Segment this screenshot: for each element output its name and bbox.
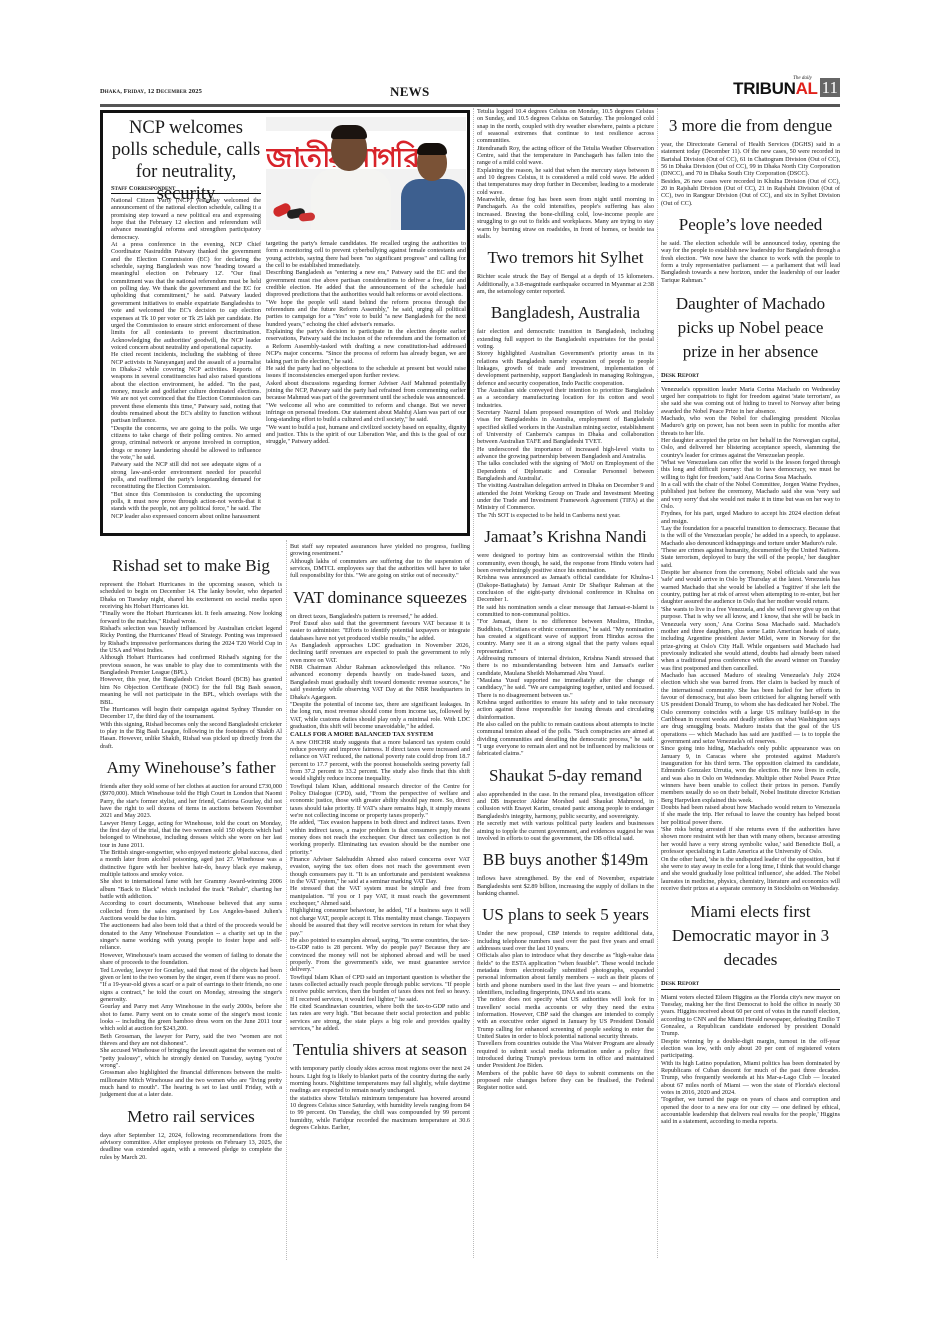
paragraph: Despite her absence from the ceremony, N… <box>661 569 840 606</box>
paragraph: With its high Latino population, Miami p… <box>661 1060 840 1097</box>
paragraph: The talks concluded with the signing of … <box>477 460 654 482</box>
paragraph: Storey highlighted Australian Government… <box>477 350 654 387</box>
paragraph: Prof Eusuf also said that the government… <box>290 620 470 642</box>
newspaper-page: Dhaka, Friday, 12 December 2025 NEWS The… <box>100 0 840 1336</box>
column-3: Tetulia logged 10.4 degrees Celsius on M… <box>477 108 654 1092</box>
paragraph: Towfiqul Islam Khan, additional research… <box>290 783 470 820</box>
article-headline: Shaukat 5-day remand <box>477 766 654 786</box>
masthead-rule <box>100 104 840 107</box>
masthead: Dhaka, Friday, 12 December 2025 NEWS The… <box>100 88 840 102</box>
paragraph: He said his nomination sends a clear mes… <box>477 604 654 619</box>
paragraph: 'What we Venezuelans can offer the world… <box>661 459 840 481</box>
paragraph: with temporary partly cloudy skies acros… <box>290 1065 470 1094</box>
paragraph: Grossman also highlighted the financial … <box>100 1069 282 1098</box>
spacer <box>661 364 840 369</box>
paragraph: Tetulia logged 10.4 degrees Celsius on M… <box>477 108 654 145</box>
paragraph: The notice does not specify what US auth… <box>477 996 654 1040</box>
paragraph: 'These are crimes against humanity, docu… <box>661 547 840 569</box>
paragraph: "Despite the potential of income tax, th… <box>290 701 470 730</box>
paragraph: "Finally wore the Hobart Hurricanes kit.… <box>100 610 282 625</box>
column-4: 3 more die from dengueyear, the Director… <box>661 108 840 1126</box>
paragraph: "Despite the concerns, we are going to t… <box>111 425 261 462</box>
paragraph: 'She wants to live in a free Venezuela, … <box>661 606 840 672</box>
paragraph: Towfiqul Islam Khan of CPD said an impor… <box>290 974 470 1003</box>
paragraph: "For Jamaat, there is no difference betw… <box>477 618 654 655</box>
paragraph: He secretly met with various political p… <box>477 820 654 842</box>
paragraph: Asked about discussions regarding former… <box>266 380 466 402</box>
paragraph: Secretary Nazrul Islam proposed resumpti… <box>477 409 654 446</box>
paragraph: He also pointed to examples abroad, sayi… <box>290 937 470 974</box>
logo-brand-red: AL <box>796 79 818 98</box>
column-1: Rishad set to make Bigrepresent the Hoba… <box>100 548 282 1161</box>
paragraph: The auctioneers had also been told that … <box>100 922 282 951</box>
paragraph: "We welcome all who are committed to ref… <box>266 402 466 424</box>
paragraph: Frydnes, for his part, urged Maduro to a… <box>661 510 840 525</box>
article-headline: Amy Winehouse’s father <box>100 758 282 778</box>
paragraph: 'Lay the foundation for a peaceful trans… <box>661 525 840 547</box>
lead-column-2: targeting the party's female candidates.… <box>266 240 466 446</box>
paragraph: But staff say repeated assurances have y… <box>290 543 470 558</box>
paragraph: on direct taxes, Bangladesh's pattern is… <box>290 613 470 620</box>
spacer <box>290 580 470 588</box>
paragraph: Machado, who won the Nobel for challengi… <box>661 415 840 437</box>
article: 3 more die from dengueyear, the Director… <box>661 108 840 207</box>
article-headline: Bangladesh, Australia <box>477 303 654 323</box>
article-headline: Miami elects first Democratic mayor in 3… <box>661 900 840 972</box>
spacer <box>661 207 840 215</box>
paragraph: days after September 12, 2024, following… <box>100 1132 282 1161</box>
spacer <box>290 1032 470 1040</box>
paragraph: According to court documents, Winehouse … <box>100 900 282 922</box>
paragraph: Ted Loveday, lawyer for Gourlay, said th… <box>100 967 282 982</box>
paragraph: Krishna urged authorities to ensure his … <box>477 699 654 721</box>
paragraph: Explaining the reason, he said that when… <box>477 167 654 196</box>
article: Rishad set to make Bigrepresent the Hoba… <box>100 548 282 750</box>
spacer <box>661 284 840 292</box>
paragraph: She accused Winehouse of bringing the la… <box>100 1047 282 1069</box>
spacer <box>477 897 654 905</box>
paragraph: In a call with the chair of the Nobel Co… <box>661 481 840 510</box>
paragraph: On the other hand, 'she is the undispute… <box>661 856 840 893</box>
logo-tagline: The daily <box>793 76 812 81</box>
article: Bangladesh, Australiafair election and d… <box>477 295 654 519</box>
spacer <box>477 240 654 248</box>
lead-story: NCP welcomes polls schedule, calls for n… <box>100 110 470 536</box>
article: Miami elects first Democratic mayor in 3… <box>661 892 840 1126</box>
spacer <box>100 1099 282 1107</box>
paragraph: Although Hobart Hurricanes had confirmed… <box>100 654 282 676</box>
article-headline: 3 more die from dengue <box>661 116 840 136</box>
spacer <box>100 750 282 758</box>
paragraph: Members of the public have 60 days to su… <box>477 1070 654 1092</box>
paragraph: "Maulana Yusuf supported me immediately … <box>477 677 654 699</box>
byline-rule <box>111 193 261 194</box>
paragraph: Highlighting consumer behaviour, he adde… <box>290 907 470 936</box>
article: BB buys another $149minflows have streng… <box>477 842 654 897</box>
paragraph: The Australian side conveyed their inten… <box>477 387 654 409</box>
spacer <box>661 892 840 900</box>
paragraph: Krishna was announced as Jamaat's offici… <box>477 574 654 603</box>
paragraph: represent the Hobart Hurricanes in the u… <box>100 581 282 610</box>
paragraph: The Hurricanes will begin their campaign… <box>100 706 282 721</box>
paragraph: He cited recent incidents, including the… <box>111 351 261 424</box>
paragraph: Besides, 26 new cases were recorded in K… <box>661 178 840 207</box>
paragraph: At a press conference in the evening, NC… <box>111 241 261 351</box>
paragraph: Rishad's selection was heavily influence… <box>100 625 282 654</box>
article: VAT dominance squeezeson direct taxes, B… <box>290 580 470 1033</box>
paragraph: Miami voters elected Eileen Higgins as t… <box>661 994 840 1038</box>
speaker-figure <box>311 127 391 230</box>
spacer <box>661 108 840 116</box>
paragraph: Beth Grossman, the lawyer for Parry, sai… <box>100 1033 282 1048</box>
article-byline: Desk Report <box>661 372 840 381</box>
microphones-icon <box>271 197 321 230</box>
paragraph: Patwary said the NCP still did not see a… <box>111 461 261 490</box>
paragraph: 'Together, we turned the page on years o… <box>661 1096 840 1125</box>
article-headline: People’s love needed <box>661 215 840 235</box>
paragraph: fair election and democratic transition … <box>477 328 654 350</box>
paragraph: Jitendranath Roy, the acting officer of … <box>477 145 654 167</box>
lead-column-1: National Citizen Party (NCP) yesterday w… <box>111 197 261 520</box>
article: People’s love neededhe said. The electio… <box>661 207 840 284</box>
paragraph: He stressed that the VAT system must be … <box>290 885 470 907</box>
spacer <box>661 972 840 977</box>
spacer <box>477 295 654 303</box>
paragraph: "If a 19-year-old gives a scarf or a pai… <box>100 981 282 1003</box>
paragraph: The British singer-songwriter, who enjoy… <box>100 849 282 878</box>
paragraph: friends after they sold some of her clot… <box>100 783 282 820</box>
newspaper-logo: The daily TRIBUNAL 11 <box>733 78 840 97</box>
article: Jamaat’s Krishna Nandiwere designed to p… <box>477 519 654 758</box>
spacer <box>100 548 282 556</box>
paragraph: Travellers from countries outside the Vi… <box>477 1040 654 1069</box>
lead-photo: জাতীয় নাগরিক <box>266 117 466 230</box>
paragraph: Despite winning by a double-digit margin… <box>661 1038 840 1060</box>
article-headline: Daughter of Machado picks up Nobel peace… <box>661 292 840 364</box>
paragraph: "We want to build a just, humane and civ… <box>266 424 466 446</box>
article: US plans to seek 5 yearsUnder the new pr… <box>477 897 654 1092</box>
paragraph: Officials also plan to introduce what th… <box>477 952 654 996</box>
paragraph: He underscored the importance of increas… <box>477 446 654 461</box>
article-headline: BB buys another $149m <box>477 850 654 870</box>
paragraph: He added, "Tax evasion happens in both d… <box>290 819 470 856</box>
paragraph: She shot to international fame with her … <box>100 878 282 900</box>
paragraph: As Bangladesh approaches LDC graduation … <box>290 642 470 664</box>
paragraph: NBR Chairman Abdur Rahman acknowledged t… <box>290 664 470 701</box>
paragraph: the statistics show Tetulia's minimum te… <box>290 1095 470 1132</box>
article-headline: US plans to seek 5 years <box>477 905 654 925</box>
article-headline: VAT dominance squeezes <box>290 588 470 608</box>
article-headline: Jamaat’s Krishna Nandi <box>477 527 654 547</box>
article-headline: Two tremors hit Sylhet <box>477 248 654 268</box>
paragraph: However, this year, the Bangladesh Crick… <box>100 676 282 705</box>
logo-brand: TRIBUNAL <box>733 80 817 97</box>
article-headline: Tentulia shivers at season <box>290 1040 470 1060</box>
paragraph: Richter scale struck the Bay of Bengal a… <box>477 273 654 295</box>
paragraph: Describing Bangladesh as "entering a new… <box>266 269 466 298</box>
logo-brand-black: TRIBUN <box>733 79 795 98</box>
paragraph: Meanwhile, dense fog has been seen from … <box>477 196 654 240</box>
section-label: NEWS <box>390 84 430 100</box>
paragraph: "We hope the people will stand behind th… <box>266 299 466 328</box>
article: Shaukat 5-day remandalso apprehended in … <box>477 758 654 842</box>
paragraph: Venezuela's opposition leader Maria Cori… <box>661 386 840 415</box>
paragraph: 'She risks being arrested if she returns… <box>661 826 840 855</box>
article-subhead: CALLS FOR A MORE BALANCED TAX SYSTEM <box>290 731 470 738</box>
paragraph: The 7th SOT is expected to be held in Ca… <box>477 512 654 519</box>
paragraph: Addressing rumours of internal division,… <box>477 655 654 677</box>
paragraph: He cited Scandinavian countries, where b… <box>290 1003 470 1032</box>
paragraph: He said the party had no objections to t… <box>266 365 466 380</box>
article-byline: Desk Report <box>661 980 840 989</box>
dateline: Dhaka, Friday, 12 December 2025 <box>100 88 202 95</box>
paragraph: However, Winehouse's team accused the wo… <box>100 952 282 967</box>
article: Metro rail servicesdays after September … <box>100 1099 282 1161</box>
article: But staff say repeated assurances have y… <box>290 543 470 580</box>
column-divider <box>657 108 658 1258</box>
paragraph: National Citizen Party (NCP) yesterday w… <box>111 197 261 241</box>
paragraph: he said. The election schedule will be a… <box>661 240 840 284</box>
paragraph: Explaining the party's decision to parti… <box>266 328 466 365</box>
paragraph: The visiting Australian delegation arriv… <box>477 482 654 511</box>
spacer <box>477 519 654 527</box>
paragraph: Since going into hiding, Machado's only … <box>661 745 840 804</box>
paragraph: year, the Directorate General of Health … <box>661 141 840 178</box>
paragraph: With this signing, Rishad becomes only t… <box>100 721 282 750</box>
column-divider <box>286 540 287 1260</box>
article: Two tremors hit SylhetRichter scale stru… <box>477 240 654 295</box>
paragraph: He also called on the public to remain c… <box>477 721 654 758</box>
paragraph: Machado has accused Maduro of stealing V… <box>661 672 840 745</box>
paragraph: Doubts had been raised about how Machado… <box>661 804 840 826</box>
paragraph: Under the new proposal, CBP intends to r… <box>477 930 654 952</box>
article: Amy Winehouse’s fatherfriends after they… <box>100 750 282 1099</box>
article-headline: Metro rail services <box>100 1107 282 1127</box>
paragraph: A new OHCHR study suggests that a more b… <box>290 739 470 783</box>
paragraph: Although lakhs of commuters are sufferin… <box>290 558 470 580</box>
paragraph: Finance Adviser Salehuddin Ahmed also ra… <box>290 856 470 885</box>
paragraph: Gourlay and Parry met Amy Winehouse in t… <box>100 1003 282 1032</box>
paragraph: also apprehended in the case. In the rem… <box>477 791 654 820</box>
article-headline: Rishad set to make Big <box>100 556 282 576</box>
paragraph: Her daughter accepted the prize on her b… <box>661 437 840 459</box>
column-divider <box>473 108 474 1258</box>
paragraph: Lawyer Henry Legge, acting for Winehouse… <box>100 820 282 849</box>
spacer <box>477 842 654 850</box>
column-2: But staff say repeated assurances have y… <box>290 543 470 1131</box>
lead-byline: Staff Correspondent <box>111 185 175 192</box>
spacer <box>477 758 654 766</box>
article: Daughter of Machado picks up Nobel peace… <box>661 284 840 892</box>
page-number: 11 <box>820 78 840 97</box>
article: Tetulia logged 10.4 degrees Celsius on M… <box>477 108 654 240</box>
paragraph: "But since this Commission is conducting… <box>111 491 261 520</box>
paragraph: targeting the party's female candidates.… <box>266 240 466 269</box>
paragraph: inflows have strengthened. By the end of… <box>477 875 654 897</box>
second-figure <box>401 145 465 230</box>
paragraph: were designed to portray him as controve… <box>477 552 654 574</box>
article: Tentulia shivers at seasonwith temporary… <box>290 1032 470 1131</box>
